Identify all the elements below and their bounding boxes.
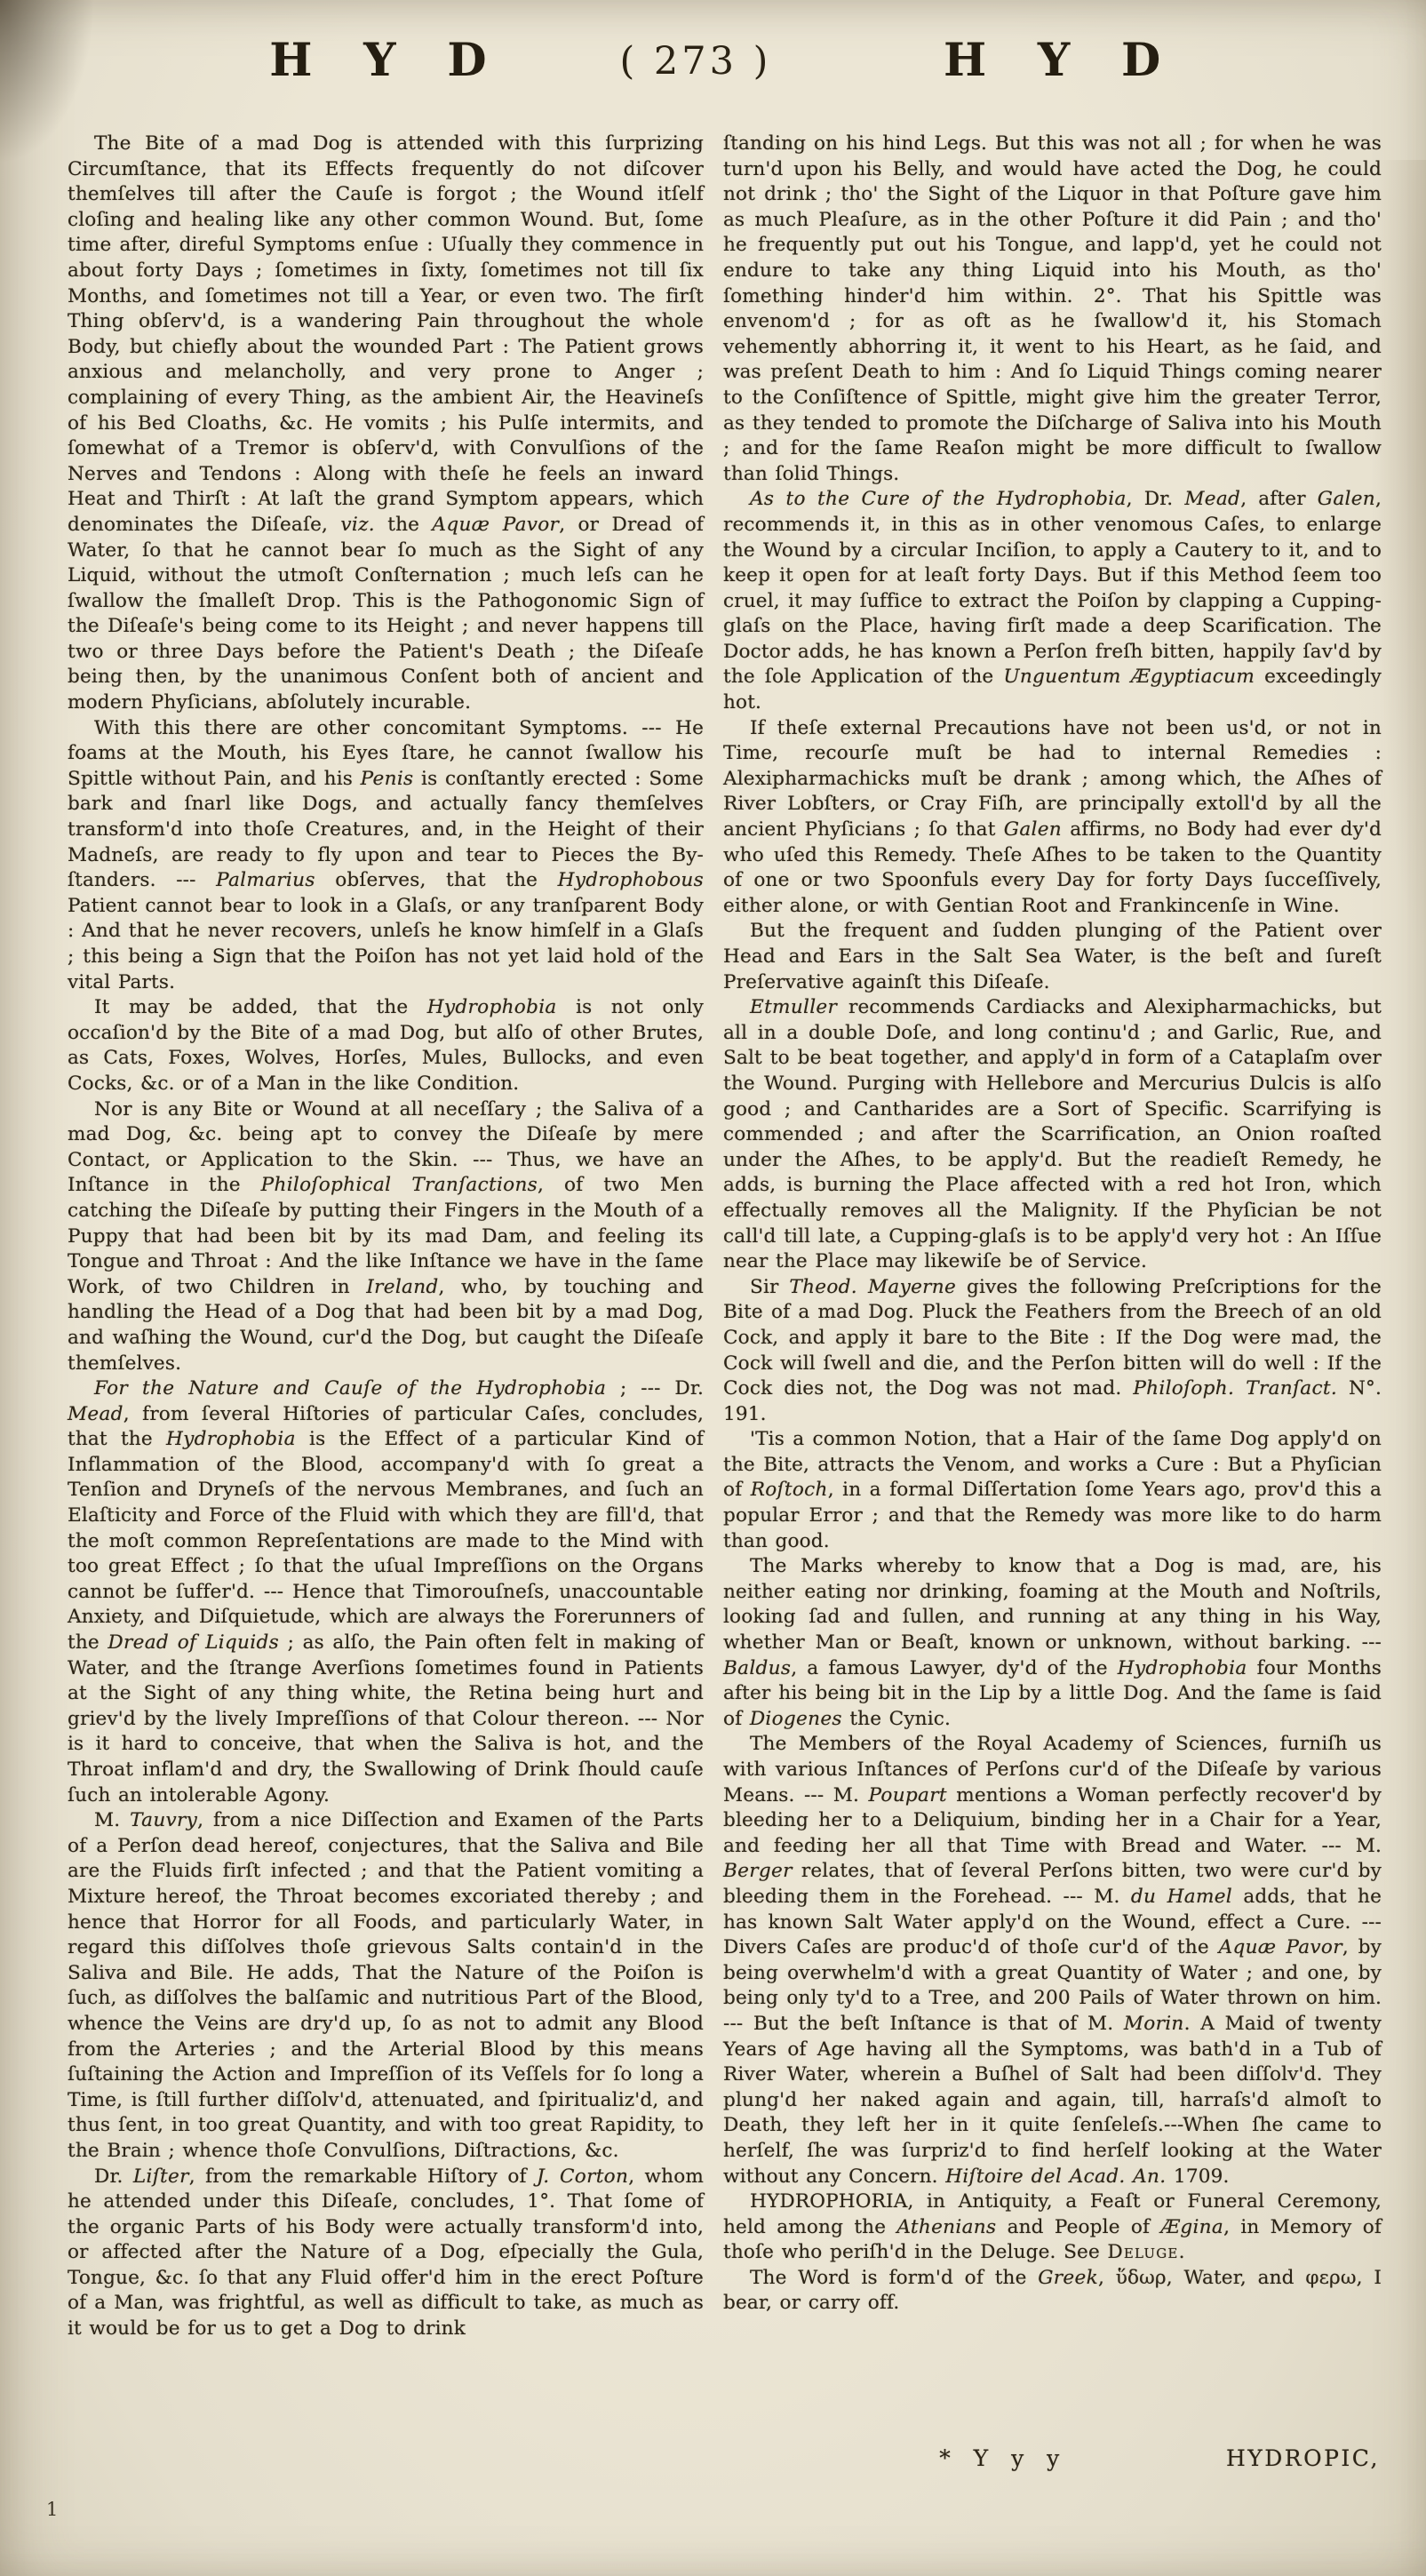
italic-text: Hydrophobous <box>558 869 704 891</box>
italic-text: Theod. Mayerne <box>789 1276 956 1298</box>
italic-text: Mead <box>1184 488 1240 510</box>
smallcaps-text: Deluge <box>1107 2241 1178 2263</box>
italic-text: Dread of Liquids <box>108 1631 279 1654</box>
signature-mark: * Y y y <box>939 2445 1067 2471</box>
italic-text: Galen <box>1318 488 1375 510</box>
text-columns: The Bite of a mad Dog is attended with t… <box>68 132 1382 2342</box>
paragraph: The Marks whereby to know that a Dog is … <box>723 1554 1382 1732</box>
italic-text: Greek <box>1038 2267 1098 2289</box>
paragraph: As to the Cure of the Hydrophobia, Dr. M… <box>723 487 1382 715</box>
italic-text: Diogenes <box>750 1708 842 1730</box>
running-head-left: H Y D <box>269 34 504 87</box>
paragraph: Sir Theod. Mayerne gives the following P… <box>723 1275 1382 1428</box>
italic-text: For the Nature and Cauſe of the Hydropho… <box>94 1377 606 1400</box>
paragraph: It may be added, that the Hydrophobia is… <box>68 995 704 1097</box>
paragraph: Etmuller recommends Cardiacks and Alexip… <box>723 995 1382 1275</box>
left-column: The Bite of a mad Dog is attended with t… <box>68 132 704 2342</box>
italic-text: Hydrophobia <box>427 996 557 1018</box>
italic-text: Ægina <box>1160 2216 1223 2238</box>
italic-text: Hydrophobia <box>1118 1657 1247 1679</box>
italic-text: Tauvry <box>130 1809 197 1831</box>
press-figure: 1 <box>46 2499 58 2520</box>
italic-text: Galen <box>1004 818 1062 841</box>
paragraph: HYDROPHORIA, in Antiquity, a Feaſt or Fu… <box>723 2189 1382 2266</box>
italic-text: Philoſoph. Tranſact. <box>1133 1377 1337 1400</box>
paragraph: The Bite of a mad Dog is attended with t… <box>68 132 704 716</box>
running-head: H Y D ( 273 ) H Y D <box>68 23 1382 108</box>
italic-text: Etmuller <box>750 996 837 1018</box>
paragraph: For the Nature and Cauſe of the Hydropho… <box>68 1376 704 1808</box>
italic-text: Ireland <box>366 1276 438 1298</box>
italic-text: Berger <box>723 1860 793 1882</box>
italic-text: Hiſtoire del Acad. An. <box>945 2165 1166 2188</box>
italic-text: Aquæ Pavor <box>1219 1936 1342 1958</box>
page-footer: * Y y y HYDROPIC, <box>721 2445 1382 2484</box>
encyclopedia-page-scan: H Y D ( 273 ) H Y D The Bite of a mad Do… <box>0 0 1426 2576</box>
italic-text: Palmarius <box>216 869 315 891</box>
italic-text: Mead <box>68 1403 123 1425</box>
paragraph: 'Tis a common Notion, that a Hair of the… <box>723 1427 1382 1554</box>
italic-text: Roſtoch <box>751 1479 828 1501</box>
paragraph: But the frequent and ſudden plunging of … <box>723 919 1382 995</box>
italic-text: As to the Cure of the Hydrophobia <box>750 488 1127 510</box>
paragraph: Nor is any Bite or Wound at all neceſſar… <box>68 1097 704 1377</box>
italic-text: du Hamel <box>1131 1886 1232 1908</box>
italic-text: Penis <box>361 768 414 790</box>
paragraph: Dr. Liſter, from the remarkable Hiſtory … <box>68 2165 704 2342</box>
paragraph: The Word is form'd of the Greek, ὕδωρ, W… <box>723 2266 1382 2317</box>
right-column: ſtanding on his hind Legs. But this was … <box>723 132 1382 2342</box>
italic-text: Athenians <box>896 2216 996 2238</box>
paragraph: With this there are other concomitant Sy… <box>68 716 704 996</box>
paragraph: M. Tauvry, from a nice Diſſection and Ex… <box>68 1808 704 2164</box>
catchword: HYDROPIC, <box>1226 2445 1380 2471</box>
italic-text: Poupart <box>868 1784 946 1806</box>
italic-text: Morin <box>1124 2013 1184 2035</box>
paragraph: ſtanding on his hind Legs. But this was … <box>723 132 1382 487</box>
italic-text: Liſter <box>133 2165 189 2188</box>
italic-text: Hydrophobia <box>166 1428 296 1450</box>
italic-text: J. Corton <box>537 2165 628 2188</box>
italic-text: Philoſophical Tranſactions <box>261 1174 538 1196</box>
paragraph: If theſe external Precautions have not b… <box>723 716 1382 920</box>
italic-text: Unguentum Ægyptiacum <box>1003 666 1255 688</box>
page-number: ( 273 ) <box>619 39 771 84</box>
italic-text: Baldus <box>723 1657 791 1679</box>
italic-text: viz. <box>340 514 375 536</box>
paragraph: The Members of the Royal Academy of Scie… <box>723 1732 1382 2189</box>
italic-text: Aquæ Pavor <box>432 514 559 536</box>
running-head-right: H Y D <box>944 34 1178 87</box>
